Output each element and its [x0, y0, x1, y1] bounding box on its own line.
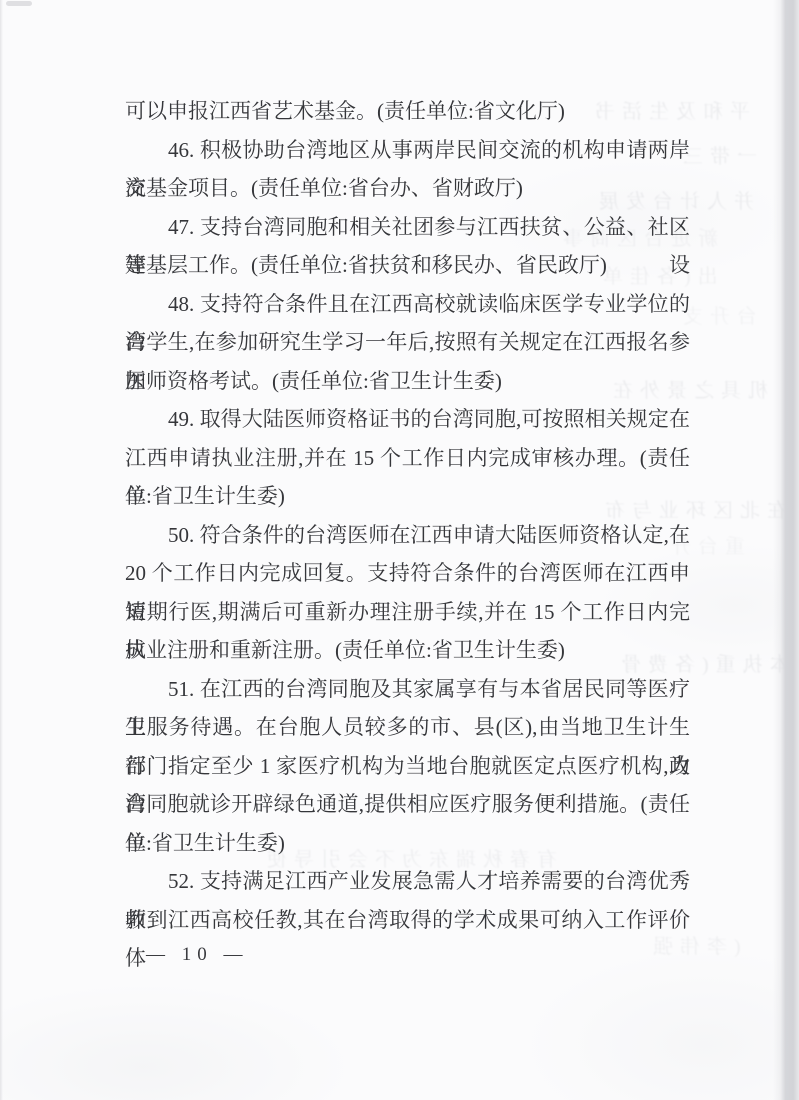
text-line: 湾同胞就诊开辟绿色通道,提供相应医疗服务便利措施。(责任单 [125, 785, 690, 824]
text-line: 47. 支持台湾同胞和相关社团参与江西扶贫、公益、社区建设 [125, 208, 690, 247]
text-line: 51. 在江西的台湾同胞及其家属享有与本省居民同等医疗卫 [125, 670, 690, 709]
text-line: 医师资格考试。(责任单位:省卫生计生委) [125, 362, 690, 401]
document-body-text: 可以申报江西省艺术基金。(责任单位:省文化厅) 46. 积极协助台湾地区从事两岸… [125, 92, 690, 939]
text-line: 位:省卫生计生委) [125, 477, 690, 516]
page-number: — 10 — [146, 944, 249, 966]
text-line: 短期行医,期满后可重新办理注册手续,并在 15 个工作日内完成 [125, 593, 690, 632]
text-line: 位:省卫生计生委) [125, 824, 690, 863]
scanned-document-page: 平和及生活书 一带三 并人计台发展 新进台区商事 出(各佳单 机具之景外在 台升… [0, 0, 799, 1100]
text-line: 46. 积极协助台湾地区从事两岸民间交流的机构申请两岸交 [125, 131, 690, 170]
text-line: 流基金项目。(责任单位:省台办、省财政厅) [125, 169, 690, 208]
scan-edge-right [773, 0, 799, 1100]
text-line: 等基层工作。(责任单位:省扶贫和移民办、省民政厅) [125, 246, 690, 285]
text-line: 20 个工作日内完成回复。支持符合条件的台湾医师在江西申请 [125, 554, 690, 593]
text-line: 50. 符合条件的台湾医师在江西申请大陆医师资格认定,在 [125, 516, 690, 555]
text-line: 湾学生,在参加研究生学习一年后,按照有关规定在江西报名参加 [125, 323, 690, 362]
text-line: 生服务待遇。在台胞人员较多的市、县(区),由当地卫生计生行政 [125, 708, 690, 747]
scan-speck [6, 1, 32, 6]
text-line: 执业注册和重新注册。(责任单位:省卫生计生委) [125, 631, 690, 670]
text-line: 部门指定至少 1 家医疗机构为当地台胞就医定点医疗机构,为台 [125, 747, 690, 786]
text-line: 师到江西高校任教,其在台湾取得的学术成果可纳入工作评价体 [125, 901, 690, 940]
text-line: 可以申报江西省艺术基金。(责任单位:省文化厅) [125, 92, 690, 131]
scan-edge-left [0, 0, 3, 1100]
text-line: 江西申请执业注册,并在 15 个工作日内完成审核办理。(责任单 [125, 439, 690, 478]
text-line: 49. 取得大陆医师资格证书的台湾同胞,可按照相关规定在 [125, 400, 690, 439]
text-line: 48. 支持符合条件且在江西高校就读临床医学专业学位的台 [125, 285, 690, 324]
text-line: 52. 支持满足江西产业发展急需人才培养需要的台湾优秀教 [125, 862, 690, 901]
